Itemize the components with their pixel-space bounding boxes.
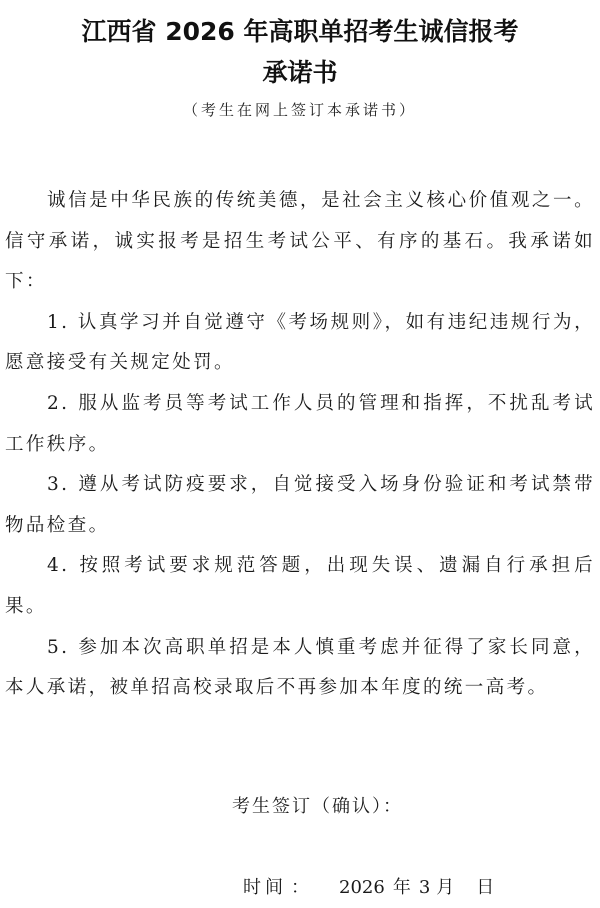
commitment-item-4: 4. 按照考试要求规范答题，出现失误、遗漏自行承担后果。 (5, 546, 595, 627)
intro-paragraph: 诚信是中华民族的传统美德，是社会主义核心价值观之一。信守承诺，诚实报考是招生考试… (5, 181, 595, 303)
date-label: 时间 (243, 873, 287, 899)
date-month: 3 (419, 877, 430, 898)
date-month-unit: 月 (436, 873, 454, 899)
date-colon: ： (291, 873, 309, 899)
commitment-item-2: 2. 服从监考员等考试工作人员的管理和指挥，不扰乱考试工作秩序。 (5, 384, 595, 465)
commitment-document: 江西省 2026 年高职单招考生诚信报考 承诺书 （考生在网上签订本承诺书） 诚… (0, 0, 600, 908)
document-title-line-1: 江西省 2026 年高职单招考生诚信报考 (0, 12, 600, 48)
signature-label: 考生签订（确认）： (232, 792, 403, 818)
date-year-unit: 年 (393, 873, 411, 899)
document-subtitle: （考生在网上签订本承诺书） (0, 99, 600, 120)
commitment-item-1: 1. 认真学习并自觉遵守《考场规则》，如有违纪违规行为，愿意接受有关规定处罚。 (5, 303, 595, 384)
date-year: 2026 (339, 877, 385, 898)
commitment-item-3: 3. 遵从考试防疫要求，自觉接受入场身份验证和考试禁带物品检查。 (5, 465, 595, 546)
date-day-unit: 日 (476, 873, 494, 899)
date-row: 时间：2026年3月日 (243, 873, 494, 899)
document-body: 诚信是中华民族的传统美德，是社会主义核心价值观之一。信守承诺，诚实报考是招生考试… (5, 181, 595, 709)
document-title-line-2: 承诺书 (0, 53, 600, 89)
commitment-item-5: 5. 参加本次高职单招是本人慎重考虑并征得了家长同意，本人承诺，被单招高校录取后… (5, 628, 595, 709)
